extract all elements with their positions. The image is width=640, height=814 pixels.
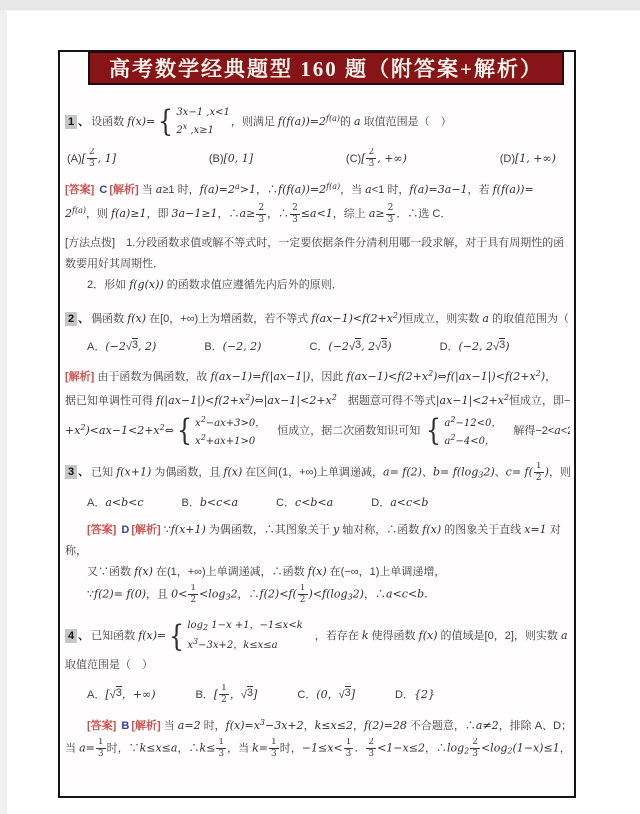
- text-span: ，因此: [310, 371, 346, 383]
- math-span: c= f(: [506, 465, 533, 478]
- math-span: a=: [79, 742, 95, 755]
- left-brace: {: [158, 109, 173, 135]
- text-span: (D): [500, 150, 515, 168]
- text-span: 据题意可得不等式: [337, 395, 436, 407]
- math-span: , 1]: [98, 150, 116, 168]
- math-span: ): [387, 338, 391, 356]
- math-span: ，: [230, 686, 241, 704]
- math-span: )<ax−1<2+x: [86, 424, 160, 437]
- fraction-numerator: 2: [87, 148, 97, 159]
- math-span: {2}: [414, 686, 435, 704]
- option: C．(0，√3]: [297, 686, 355, 704]
- math-span: f(2)<f(: [260, 587, 297, 600]
- option: (C) [23 , +∞): [346, 148, 407, 169]
- math-span: <log: [481, 742, 507, 755]
- math-span: −1≤x<: [302, 742, 343, 755]
- question-2-analysis-line-1: [解析] 由于函数为偶函数，故 f(ax−1)=f(|ax−1|)，因此 f(a…: [65, 365, 570, 386]
- question-4-stem: 4、已知函数 f(x)={log2 1−x +1，−1≤x<kx3−3x+2，k…: [65, 619, 570, 653]
- math-span: f(x): [223, 465, 242, 478]
- text-span: 的图象关于直线: [441, 524, 524, 536]
- text-span: D．: [440, 338, 459, 356]
- math-span: k≤x≤2: [315, 719, 353, 732]
- text-span: ，即: [146, 208, 171, 220]
- math-span: b<c<a: [200, 494, 238, 512]
- question-2-options: A．(−2√3, 2)B．(−2, 2)C．(−2√3, 2√3)D．(−2, …: [65, 338, 570, 356]
- question-3-options: A．a<b<cB．b<c<aC．c<b<aD．a<c<b: [65, 494, 570, 512]
- math-span: f(a)=2: [200, 183, 235, 196]
- option: D．{2}: [395, 686, 435, 704]
- text-span: (B): [209, 150, 224, 168]
- text-span: ．∴选 C．: [396, 208, 451, 220]
- question-2-analysis-line-2: 据已知单调性可得 f(|ax−1|)<f(2+x2)⇔|ax−1|<2+x2 据…: [65, 389, 570, 410]
- fraction: 23: [366, 148, 376, 169]
- text-span: 据已知单调性可得: [65, 395, 156, 407]
- fraction-denominator: 2: [536, 473, 542, 483]
- text-span: ，∴: [364, 588, 386, 600]
- text-span: ，当: [340, 184, 365, 196]
- math-span: 2: [231, 587, 238, 600]
- text-span: 数要用好其周期性．: [65, 258, 164, 270]
- math-span: 3x−1 ,x<1: [176, 107, 229, 118]
- text-span: 为偶函数，∴其图象关于: [206, 524, 333, 536]
- question-3-answer-line-4: ∵f(2)= f(0)，且 0<12<log32，∴f(2)<f(12)<f(l…: [65, 584, 570, 606]
- fraction-numerator: 2: [386, 204, 396, 215]
- document-body: 1、设函数 f(x)={3x−1 ,x<12x ,x≥1，则满足 f(f(a))…: [60, 85, 574, 761]
- question-3-stem: 3、已知 f(x+1) 为偶函数，且 f(x) 在区间(1，+∞)上单调递减，a…: [65, 462, 570, 484]
- fraction: 13: [269, 738, 279, 759]
- option: C．(−2√3, 2√3): [309, 338, 391, 356]
- math-span: f(a)=3a−1: [409, 183, 467, 196]
- math-span: (1−x)≤1: [512, 742, 559, 755]
- question-4-stem-line-2: 取值范围是（ ）: [65, 656, 570, 674]
- text-span: 又∵函数: [87, 566, 134, 578]
- square-root: √3: [241, 686, 253, 704]
- math-span: f(x): [422, 523, 441, 536]
- math-span: <1−x≤2: [377, 742, 425, 755]
- page-left-margin: [0, 10, 7, 814]
- math-span: 3a−1≥1: [172, 207, 218, 220]
- question-4-answer-line-1: [答案] B[解析] 当 a=2 时，f(x)=x3−3x+2，k≤x≤2，f(…: [65, 714, 570, 735]
- option: (B) [0, 1]: [209, 150, 253, 168]
- text-span: B．: [204, 338, 222, 356]
- question-1-answer-line-2: 2f(a)，则 f(a)≥1，即 3a−1≥1，∴a≥23，∴23≤a<1，综上…: [65, 202, 570, 225]
- math-span: a= f(2): [383, 465, 422, 478]
- math-span: (−2, 2): [223, 338, 262, 356]
- math-span: log: [447, 742, 464, 755]
- math-span: +ax+1>0: [206, 436, 255, 447]
- text-span: 的: [340, 116, 354, 128]
- question-number-highlight: 3: [65, 465, 77, 479]
- math-span: x=1: [524, 523, 546, 536]
- fraction: 13: [216, 738, 226, 759]
- math-span: f(x+1): [171, 523, 206, 536]
- cases-row: 2x ,x≥1: [176, 120, 229, 138]
- superscript: f(a): [72, 206, 86, 215]
- math-span: f(x+1): [116, 465, 151, 478]
- text-span: 轴对称，∴函数: [339, 524, 422, 536]
- answer-label: [解析]: [131, 720, 160, 732]
- text-span: 时，: [201, 720, 226, 732]
- question-3-answer-line-2: 称，: [65, 542, 570, 560]
- text-span: ，: [545, 371, 556, 383]
- piecewise-cases: {3x−1 ,x<12x ,x≥1: [156, 106, 230, 138]
- fraction: 12: [188, 584, 198, 605]
- text-span: 称，: [65, 545, 87, 557]
- math-span: k≤: [199, 742, 215, 755]
- option: B．[12，√3]: [195, 684, 257, 705]
- math-span: 2): [483, 465, 494, 478]
- cases-row: log2 1−x +1，−1≤x<k: [187, 619, 302, 635]
- text-span: 恒成立，即−(2: [509, 395, 570, 407]
- left-brace: {: [177, 418, 192, 444]
- question-number-highlight: 1: [65, 115, 77, 129]
- fraction-numerator: 2: [470, 738, 480, 749]
- math-span: [0, 1]: [224, 150, 254, 168]
- answer-label: [解析]: [65, 371, 94, 383]
- fraction-numerator: 1: [298, 584, 308, 595]
- math-span: −ax+3>0，: [206, 418, 265, 429]
- question-1-stem: 1、设函数 f(x)={3x−1 ,x<12x ,x≥1，则满足 f(f(a))…: [65, 106, 570, 138]
- option: A．a<b<c: [87, 494, 144, 512]
- fraction-numerator: 1: [216, 738, 226, 749]
- piecewise-cases: {log2 1−x +1，−1≤x<kx3−3x+2，k≤x≤a: [167, 619, 303, 653]
- text-span: 的取值范围为（: [489, 313, 569, 325]
- question-number: 3、: [65, 466, 91, 478]
- fraction-numerator: 1: [219, 684, 229, 695]
- option: (A) [23, 1]: [67, 148, 116, 169]
- text-span: 已知: [91, 466, 116, 478]
- answer-letter: D: [119, 524, 131, 536]
- question-3-answer-line-3: 又∵函数 f(x) 在(1，+∞)上单调递减，∴函数 f(x) 在(−∞，1)上…: [65, 563, 570, 581]
- question-number-highlight: 4: [65, 629, 77, 643]
- cases-row: 3x−1 ,x<1: [176, 106, 229, 120]
- fraction-denominator: 3: [98, 749, 104, 759]
- fraction: 12: [219, 684, 229, 705]
- text-span: ，: [304, 720, 315, 732]
- text-span: ，且: [146, 588, 171, 600]
- text-span: B．: [182, 494, 200, 512]
- math-span: f(x)=: [127, 115, 155, 128]
- cases-row: x3−3x+2，k≤x≤a: [187, 635, 302, 653]
- math-span: f(f(a))=2: [278, 183, 326, 196]
- math-span: [: [361, 150, 365, 168]
- fraction-denominator: 3: [346, 749, 352, 759]
- answer-letter: B: [119, 720, 131, 732]
- method-note-line-2: 数要用好其周期性．: [65, 255, 570, 273]
- option: B．b<c<a: [182, 494, 239, 512]
- left-brace: {: [426, 418, 441, 444]
- text-span: ，排除 A、D；: [499, 720, 570, 732]
- text-span: 在[0，+∞)上为增函数，若不等式: [146, 313, 311, 325]
- text-span: A．: [87, 686, 105, 704]
- math-span: −3x+2: [265, 719, 304, 732]
- text-span: B．: [195, 686, 213, 704]
- text-span: ，∴: [267, 208, 289, 220]
- question-number-highlight: 2: [65, 312, 77, 326]
- fraction-numerator: 1: [269, 738, 279, 749]
- fraction: 12: [298, 584, 308, 605]
- text-span: ，则有 （: [549, 466, 570, 478]
- piecewise-cases: {a2−12<0，a2−4<0，: [424, 413, 501, 449]
- math-span: f(x)=x: [226, 719, 260, 732]
- text-span: 、: [422, 466, 433, 478]
- text-span: 偶函数: [91, 313, 127, 325]
- piecewise-cases: {x2−ax+3>0，x2+ax+1>0: [175, 413, 265, 449]
- method-note-line-3: 2．形如 f(g(x)) 的函数求值应遵循先内后外的原则．: [65, 276, 570, 294]
- superscript: f(a): [326, 114, 340, 123]
- text-span: (C): [346, 150, 361, 168]
- math-span: f(x): [127, 312, 146, 325]
- math-span: a≥: [369, 207, 385, 220]
- math-span: b= f(log: [433, 465, 478, 478]
- math-span: )⇔|ax−1|<2+x: [250, 394, 332, 407]
- text-span: [方法点拨] 1.分段函数求值或解不等式时，一定要依据条件分清利用哪一段求解，对…: [65, 237, 564, 249]
- fraction-numerator: 2: [256, 204, 266, 215]
- subscript: 2: [464, 747, 469, 756]
- math-span: f(x): [134, 565, 153, 578]
- text-span: C．: [276, 494, 295, 512]
- text-span: <2，故选 B．: [561, 425, 570, 437]
- math-span: f(a)≥1: [111, 207, 146, 220]
- option: C．c<b<a: [276, 494, 333, 512]
- text-span: 对: [547, 524, 561, 536]
- question-number-separator: 、: [78, 466, 89, 478]
- text-span: ，∴: [218, 208, 240, 220]
- math-span: , 2): [138, 338, 156, 356]
- math-span: <log: [199, 587, 225, 600]
- fraction-denominator: 3: [258, 215, 264, 225]
- question-1-options: (A) [23, 1](B) [0, 1](C) [23 , +∞)(D) [1…: [65, 148, 570, 169]
- text-span: ，∴: [256, 184, 278, 196]
- math-span: [: [214, 686, 218, 704]
- fraction-numerator: 1: [96, 738, 106, 749]
- fraction-numerator: 1: [344, 738, 354, 749]
- fraction-denominator: 3: [218, 749, 224, 759]
- fraction-numerator: 2: [366, 738, 376, 749]
- fraction-denominator: 3: [89, 159, 95, 169]
- option: (D) [1, +∞): [500, 150, 556, 168]
- text-span: ，又: [560, 743, 570, 755]
- math-span: f(g(x)): [129, 278, 163, 291]
- text-span: ，∴: [177, 743, 199, 755]
- square-root: √3: [339, 686, 351, 704]
- fraction: 23: [366, 738, 376, 759]
- answer-label: [解析]: [131, 524, 160, 536]
- math-span: ⇔: [165, 424, 174, 437]
- fraction-numerator: 1: [534, 462, 544, 473]
- math-span: f(2)=28: [364, 719, 407, 732]
- math-span: ]: [253, 686, 257, 704]
- math-span: 2): [353, 587, 364, 600]
- text-span: 不合题意，∴: [407, 720, 476, 732]
- math-span: −3x+2，k≤x≤a: [198, 640, 278, 651]
- option: B．(−2, 2): [204, 338, 261, 356]
- text-span: C．: [297, 686, 316, 704]
- math-span: f(x)=: [138, 629, 166, 642]
- option: A．[√3，+∞): [87, 686, 155, 704]
- math-span: ,x≥1: [187, 125, 214, 136]
- page-top-margin: [0, 0, 640, 11]
- text-span: 的函数求值应遵循先内后外的原则．: [164, 279, 343, 291]
- fraction: 23: [386, 204, 396, 225]
- text-span: (A): [67, 150, 82, 168]
- math-span: , +∞): [377, 150, 407, 168]
- text-span: 当: [65, 743, 79, 755]
- text-span: ，若: [468, 184, 493, 196]
- text-span: 时，∵: [107, 743, 140, 755]
- question-number: 2、: [65, 313, 91, 325]
- text-span: A．: [87, 338, 105, 356]
- math-span: k=: [252, 742, 268, 755]
- option: A．(−2√3, 2): [87, 338, 156, 356]
- math-span: f(|ax−1|)<f(2+x: [156, 394, 245, 407]
- math-span: (−2: [328, 338, 349, 356]
- question-number-separator: 、: [78, 630, 89, 642]
- text-span: 的: [568, 630, 570, 642]
- math-span: [1, +∞): [515, 150, 556, 168]
- superscript: f(a): [326, 182, 340, 191]
- math-span: a=2: [178, 719, 201, 732]
- answer-label: [解析]: [109, 184, 138, 196]
- text-span: 已知函数: [91, 630, 138, 642]
- question-4-answer-line-2: 当 a=13时，∵k≤x≤a，∴k≤13，当 k=13时，−1≤x<13．23<…: [65, 738, 570, 760]
- cases-rows: 3x−1 ,x<12x ,x≥1: [176, 106, 229, 138]
- math-span: ．: [354, 742, 365, 755]
- text-span: ，则满足: [231, 116, 278, 128]
- math-span: |ax−1|<2+x: [436, 394, 504, 407]
- math-span: f(ax−1)=f(|ax−1|): [210, 370, 310, 383]
- question-1-answer-line-1: [答案] C[解析] 当 a≥1 时，f(a)=2a>1，∴f(f(a))=2f…: [65, 178, 570, 199]
- text-span: 在区间(1，+∞)上单调递减，: [242, 466, 383, 478]
- text-span: 取值范围是（ ）: [361, 116, 452, 128]
- text-span: ，则: [86, 208, 111, 220]
- text-span: ，∴: [238, 588, 260, 600]
- square-root: √3: [126, 338, 138, 356]
- question-number: 4、: [65, 630, 91, 642]
- cases-rows: log2 1−x +1，−1≤x<kx3−3x+2，k≤x≤a: [187, 619, 302, 653]
- question-4-options: A．[√3，+∞)B．[12，√3]C．(0，√3]D．{2}: [65, 684, 570, 705]
- text-span: 为偶函数，且: [151, 466, 223, 478]
- cases-row: x2+ax+1>0: [195, 431, 265, 449]
- math-span: (−2, 2: [459, 338, 494, 356]
- math-span: c<b<a: [295, 494, 333, 512]
- cases-row: a2−12<0，: [444, 413, 501, 431]
- answer-label: [答案]: [87, 524, 116, 536]
- cases-row: a2−4<0，: [444, 431, 501, 449]
- square-root: √3: [349, 338, 361, 356]
- math-span: +x: [65, 424, 80, 437]
- square-root: √3: [375, 338, 387, 356]
- math-span: −12<0，: [455, 418, 501, 429]
- fraction-denominator: 2: [190, 595, 196, 605]
- math-span: k: [362, 629, 369, 642]
- fraction-denominator: 3: [472, 749, 478, 759]
- square-root: √3: [110, 686, 122, 704]
- text-span: 当: [161, 720, 178, 732]
- math-span: f(f(a))=: [493, 183, 534, 196]
- math-span: ): [505, 338, 509, 356]
- math-span: , 2: [361, 338, 375, 356]
- math-span: f(f(a))=2: [278, 115, 326, 128]
- math-span: ≤a<1: [301, 207, 333, 220]
- text-span: 、: [495, 466, 506, 478]
- fraction-numerator: 2: [366, 148, 376, 159]
- fraction: 23: [470, 738, 480, 759]
- question-2-stem: 2、偶函数 f(x) 在[0，+∞)上为增函数，若不等式 f(ax−1)<f(2…: [65, 307, 570, 328]
- fraction: 13: [96, 738, 106, 759]
- math-span: )⇔f(|ax−1|)<f(2+x: [433, 370, 536, 383]
- option: D．(−2, 2√3): [440, 338, 510, 356]
- text-span: 当: [139, 184, 156, 196]
- cases-rows: x2−ax+3>0，x2+ax+1>0: [195, 413, 265, 449]
- text-span: ，若存在: [304, 630, 362, 642]
- math-span: f(x): [419, 629, 438, 642]
- math-span: 0<: [171, 587, 187, 600]
- text-span: ，: [353, 720, 364, 732]
- fraction: 13: [344, 738, 354, 759]
- text-span: 取值范围是（ ）: [65, 659, 153, 671]
- text-span: 在(1，+∞)上单调递减，∴函数: [153, 566, 308, 578]
- math-span: −4<0，: [455, 436, 494, 447]
- question-number: 1、: [65, 116, 91, 128]
- fraction: 23: [290, 204, 300, 225]
- fraction-denominator: 3: [368, 159, 374, 169]
- math-span: a≠2: [476, 719, 499, 732]
- math-span: a<c<b: [390, 494, 428, 512]
- text-span: D．: [395, 686, 414, 704]
- cases-row: x2−ax+3>0，: [195, 413, 265, 431]
- option: D．a<c<b: [371, 494, 428, 512]
- document-page: 高考数学经典题型 160 题（附答案+解析） 1、设函数 f(x)={3x−1 …: [58, 50, 576, 798]
- math-span: f(ax−1)<f(2+x: [346, 370, 428, 383]
- math-span: (0，: [316, 686, 338, 704]
- math-span: f(2)= f(0): [94, 587, 146, 600]
- math-span: k≤x≤a: [140, 742, 178, 755]
- fraction: 23: [87, 148, 97, 169]
- question-number-separator: 、: [78, 116, 89, 128]
- text-span: 恒成立，据二次函数知识可知: [266, 425, 423, 437]
- math-span: (−2: [105, 338, 126, 356]
- text-span: ∵: [161, 524, 171, 536]
- text-span: 使得函数: [369, 630, 419, 642]
- math-span: log: [187, 620, 203, 631]
- text-span: ，当: [227, 743, 252, 755]
- text-span: ，∴: [425, 743, 447, 755]
- question-3-answer-line-1: [答案] D[解析] ∵f(x+1) 为偶函数，∴其图象关于 y 轴对称，∴函数…: [65, 521, 570, 539]
- answer-label: [答案]: [87, 720, 116, 732]
- math-span: [: [82, 150, 86, 168]
- fraction-denominator: 3: [368, 749, 374, 759]
- text-span: 解得−2<: [502, 425, 554, 437]
- math-span: a<c<b.: [386, 587, 428, 600]
- math-span: ]: [351, 686, 355, 704]
- text-span: 由于函数为偶函数，故: [94, 371, 210, 383]
- text-span: ≥1 时，: [162, 184, 199, 196]
- text-span: 2．形如: [87, 279, 129, 291]
- text-span: 时，: [280, 743, 302, 755]
- math-span: a≥: [240, 207, 256, 220]
- cases-rows: a2−12<0，a2−4<0，: [444, 413, 501, 449]
- text-span: <1 时，: [372, 184, 410, 196]
- math-span: 1−x +1，−1≤x<k: [208, 620, 303, 631]
- fraction-numerator: 1: [188, 584, 198, 595]
- text-span: A．: [87, 494, 105, 512]
- method-note-line-1: [方法点拨] 1.分段函数求值或解不等式时，一定要依据条件分清利用哪一段求解，对…: [65, 234, 570, 252]
- text-span: 设函数: [91, 116, 127, 128]
- fraction-denominator: 2: [300, 595, 306, 605]
- text-span: D．: [371, 494, 390, 512]
- fraction-numerator: 2: [290, 204, 300, 215]
